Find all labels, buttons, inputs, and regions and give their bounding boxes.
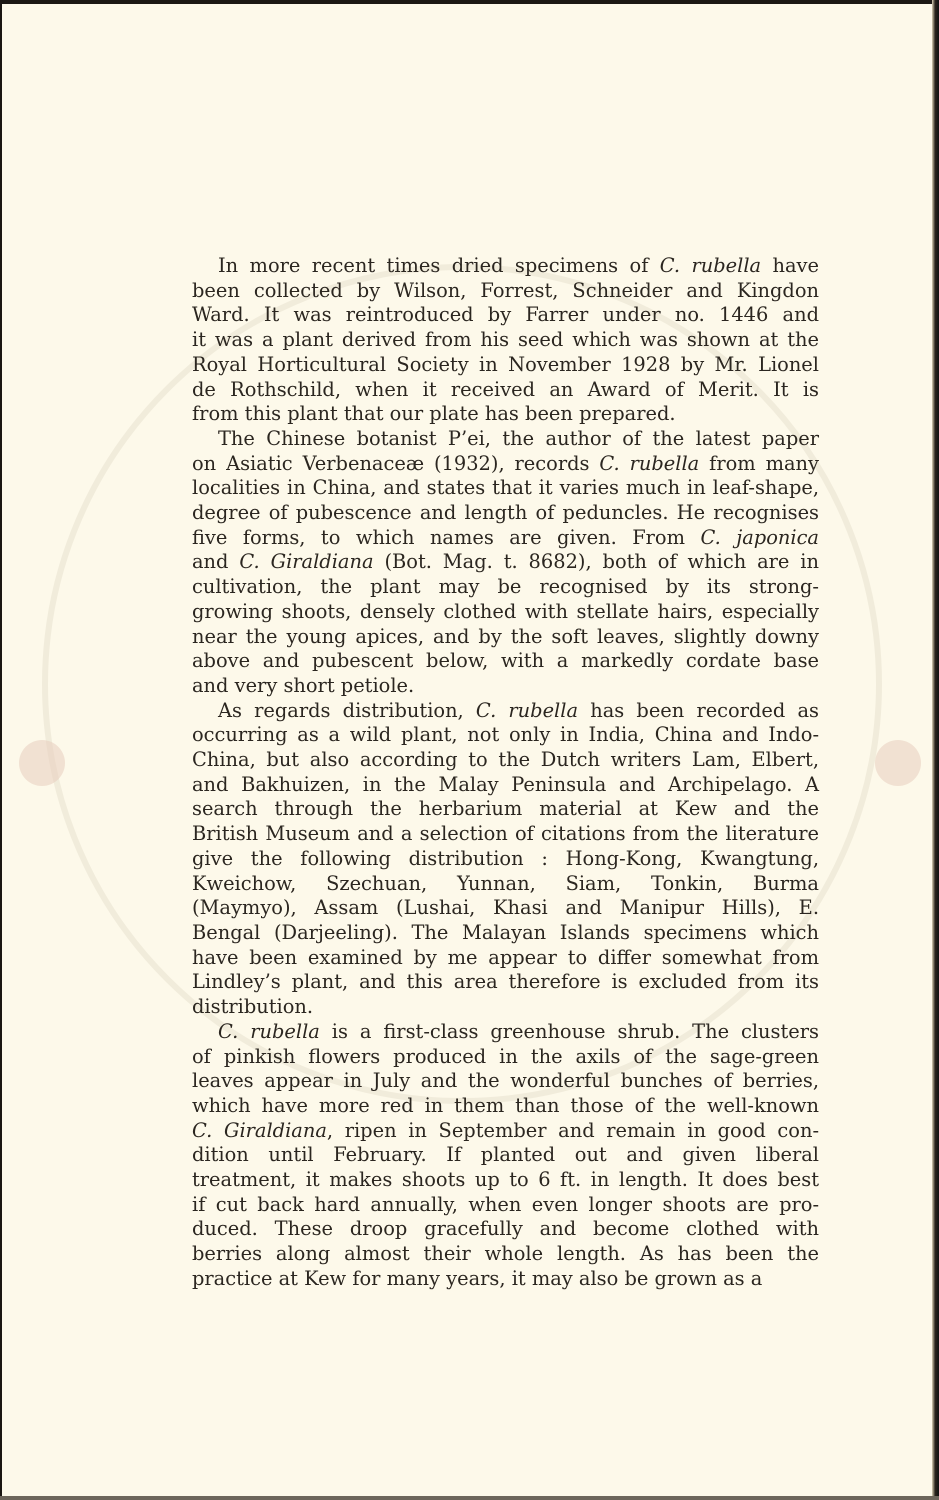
text-line: from this plant that our plate has been … [192, 402, 819, 427]
text-line: near the young apices, and by the soft l… [192, 625, 819, 650]
italic-text: C. rubella [476, 699, 578, 722]
text-run: localities in China, and states that it … [192, 476, 819, 499]
text-run: The Chinese botanist P’ei, the author of… [218, 427, 819, 450]
paragraph: The Chinese botanist P’ei, the author of… [192, 427, 819, 699]
text-run: above and pubescent below, with a marked… [192, 649, 819, 672]
text-run: In more recent times dried specimens of [218, 254, 660, 277]
text-line: been collected by Wilson, Forrest, Schne… [192, 279, 819, 304]
text-line: if cut back hard annually, when even lon… [192, 1193, 819, 1218]
text-line: treatment, it makes shoots up to 6 ft. i… [192, 1168, 819, 1193]
scan-border-bottom [0, 1496, 939, 1500]
text-run: if cut back hard annually, when even lon… [192, 1193, 819, 1216]
text-run: have been examined by me appear to diffe… [192, 946, 819, 969]
text-line: growing shoots, densely clothed with ste… [192, 600, 819, 625]
text-line: distribution. [192, 995, 819, 1020]
text-line: C. Giraldiana, ripen in September and re… [192, 1119, 819, 1144]
text-run: growing shoots, densely clothed with ste… [192, 600, 819, 623]
text-line: As regards distribution, C. rubella has … [192, 699, 819, 724]
text-run: of pinkish flowers produced in the axils… [192, 1045, 819, 1068]
text-run: near the young apices, and by the soft l… [192, 625, 819, 648]
text-line: localities in China, and states that it … [192, 476, 819, 501]
text-run: de Rothschild, when it received an Award… [192, 378, 819, 401]
paragraph: In more recent times dried specimens of … [192, 254, 819, 427]
scan-border-right [932, 0, 939, 1500]
italic-text: C. Giraldiana [239, 550, 373, 573]
text-run: cultivation, the plant may be recognised… [192, 575, 819, 598]
text-line: Bengal (Darjeeling). The Malayan Islands… [192, 921, 819, 946]
text-run: is a first-class greenhouse shrub. The c… [320, 1020, 819, 1043]
paragraph: As regards distribution, C. rubella has … [192, 699, 819, 1020]
text-run: search through the herbarium material at… [192, 797, 819, 820]
text-run: duced. These droop gracefully and become… [192, 1217, 819, 1240]
text-line: leaves appear in July and the wonderful … [192, 1069, 819, 1094]
italic-text: C. japonica [700, 526, 819, 549]
text-run: leaves appear in July and the wonderful … [192, 1069, 819, 1092]
text-run: from this plant that our plate has been … [192, 402, 676, 425]
text-run: degree of pubescence and length of pedun… [192, 501, 819, 524]
text-line: Royal Horticultural Society in November … [192, 353, 819, 378]
text-run: it was a plant derived from his seed whi… [192, 328, 819, 351]
text-run: British Museum and a selection of citati… [192, 822, 819, 845]
text-line: and C. Giraldiana (Bot. Mag. t. 8682), b… [192, 550, 819, 575]
text-line: Ward. It was reintroduced by Farrer unde… [192, 303, 819, 328]
text-line: occurring as a wild plant, not only in I… [192, 723, 819, 748]
text-line: (Maymyo), Assam (Lushai, Khasi and Manip… [192, 896, 819, 921]
text-run: treatment, it makes shoots up to 6 ft. i… [192, 1168, 819, 1191]
body-text: In more recent times dried specimens of … [192, 254, 819, 1292]
text-line: have been examined by me appear to diffe… [192, 946, 819, 971]
italic-text: C. rubella [660, 254, 761, 277]
text-run: Ward. It was reintroduced by Farrer unde… [192, 303, 819, 326]
text-line: China, but also according to the Dutch w… [192, 748, 819, 773]
text-run: been collected by Wilson, Forrest, Schne… [192, 279, 819, 302]
text-run: and [192, 550, 239, 573]
text-run: , ripen in September and remain in good … [327, 1119, 819, 1142]
text-line: search through the herbarium material at… [192, 797, 819, 822]
paragraph: C. rubella is a first-class greenhouse s… [192, 1020, 819, 1292]
text-run: Kweichow, Szechuan, Yunnan, Siam, Tonkin… [192, 872, 819, 895]
italic-text: C. rubella [218, 1020, 320, 1043]
text-run: and Bakhuizen, in the Malay Peninsula an… [192, 773, 819, 796]
text-run: distribution. [192, 995, 313, 1018]
text-line: five forms, to which names are given. Fr… [192, 526, 819, 551]
text-line: degree of pubescence and length of pedun… [192, 501, 819, 526]
text-line: British Museum and a selection of citati… [192, 822, 819, 847]
text-line: which have more red in them than those o… [192, 1094, 819, 1119]
text-run: from many [699, 452, 819, 475]
text-run: on Asiatic Verbenaceæ (1932), records [192, 452, 599, 475]
text-line: and very short petiole. [192, 674, 819, 699]
text-run: Royal Horticultural Society in November … [192, 353, 819, 376]
text-line: and Bakhuizen, in the Malay Peninsula an… [192, 773, 819, 798]
document-page: In more recent times dried specimens of … [2, 4, 932, 1496]
text-line: Kweichow, Szechuan, Yunnan, Siam, Tonkin… [192, 872, 819, 897]
text-run: give the following distribution : Hong-K… [192, 847, 819, 870]
text-line: Lindley’s plant, and this area therefore… [192, 970, 819, 995]
text-run: which have more red in them than those o… [192, 1094, 819, 1117]
text-run: dition until February. If planted out an… [192, 1143, 819, 1166]
italic-text: C. rubella [599, 452, 699, 475]
text-line: duced. These droop gracefully and become… [192, 1217, 819, 1242]
watermark-dot-right-icon [875, 740, 921, 786]
text-run: occurring as a wild plant, not only in I… [192, 723, 819, 746]
text-line: dition until February. If planted out an… [192, 1143, 819, 1168]
text-run: berries along almost their whole length.… [192, 1242, 819, 1265]
text-line: cultivation, the plant may be recognised… [192, 575, 819, 600]
text-run: practice at Kew for many years, it may a… [192, 1267, 762, 1290]
text-line: de Rothschild, when it received an Award… [192, 378, 819, 403]
text-line: In more recent times dried specimens of … [192, 254, 819, 279]
text-run: and very short petiole. [192, 674, 414, 697]
text-line: above and pubescent below, with a marked… [192, 649, 819, 674]
text-run: As regards distribution, [218, 699, 476, 722]
text-line: on Asiatic Verbenaceæ (1932), records C.… [192, 452, 819, 477]
text-run: five forms, to which names are given. Fr… [192, 526, 700, 549]
text-run: (Maymyo), Assam (Lushai, Khasi and Manip… [192, 896, 819, 919]
text-line: give the following distribution : Hong-K… [192, 847, 819, 872]
text-line: The Chinese botanist P’ei, the author of… [192, 427, 819, 452]
text-run: has been recorded as [578, 699, 819, 722]
text-line: of pinkish flowers produced in the axils… [192, 1045, 819, 1070]
text-run: have [761, 254, 819, 277]
text-run: Bengal (Darjeeling). The Malayan Islands… [192, 921, 819, 944]
text-line: berries along almost their whole length.… [192, 1242, 819, 1267]
watermark-dot-left-icon [19, 740, 65, 786]
text-line: C. rubella is a first-class greenhouse s… [192, 1020, 819, 1045]
italic-text: C. Giraldiana [192, 1119, 327, 1142]
text-line: practice at Kew for many years, it may a… [192, 1267, 819, 1292]
text-run: (Bot. Mag. t. 8682), both of which are i… [374, 550, 819, 573]
text-line: it was a plant derived from his seed whi… [192, 328, 819, 353]
text-run: China, but also according to the Dutch w… [192, 748, 819, 771]
text-run: Lindley’s plant, and this area therefore… [192, 970, 819, 993]
